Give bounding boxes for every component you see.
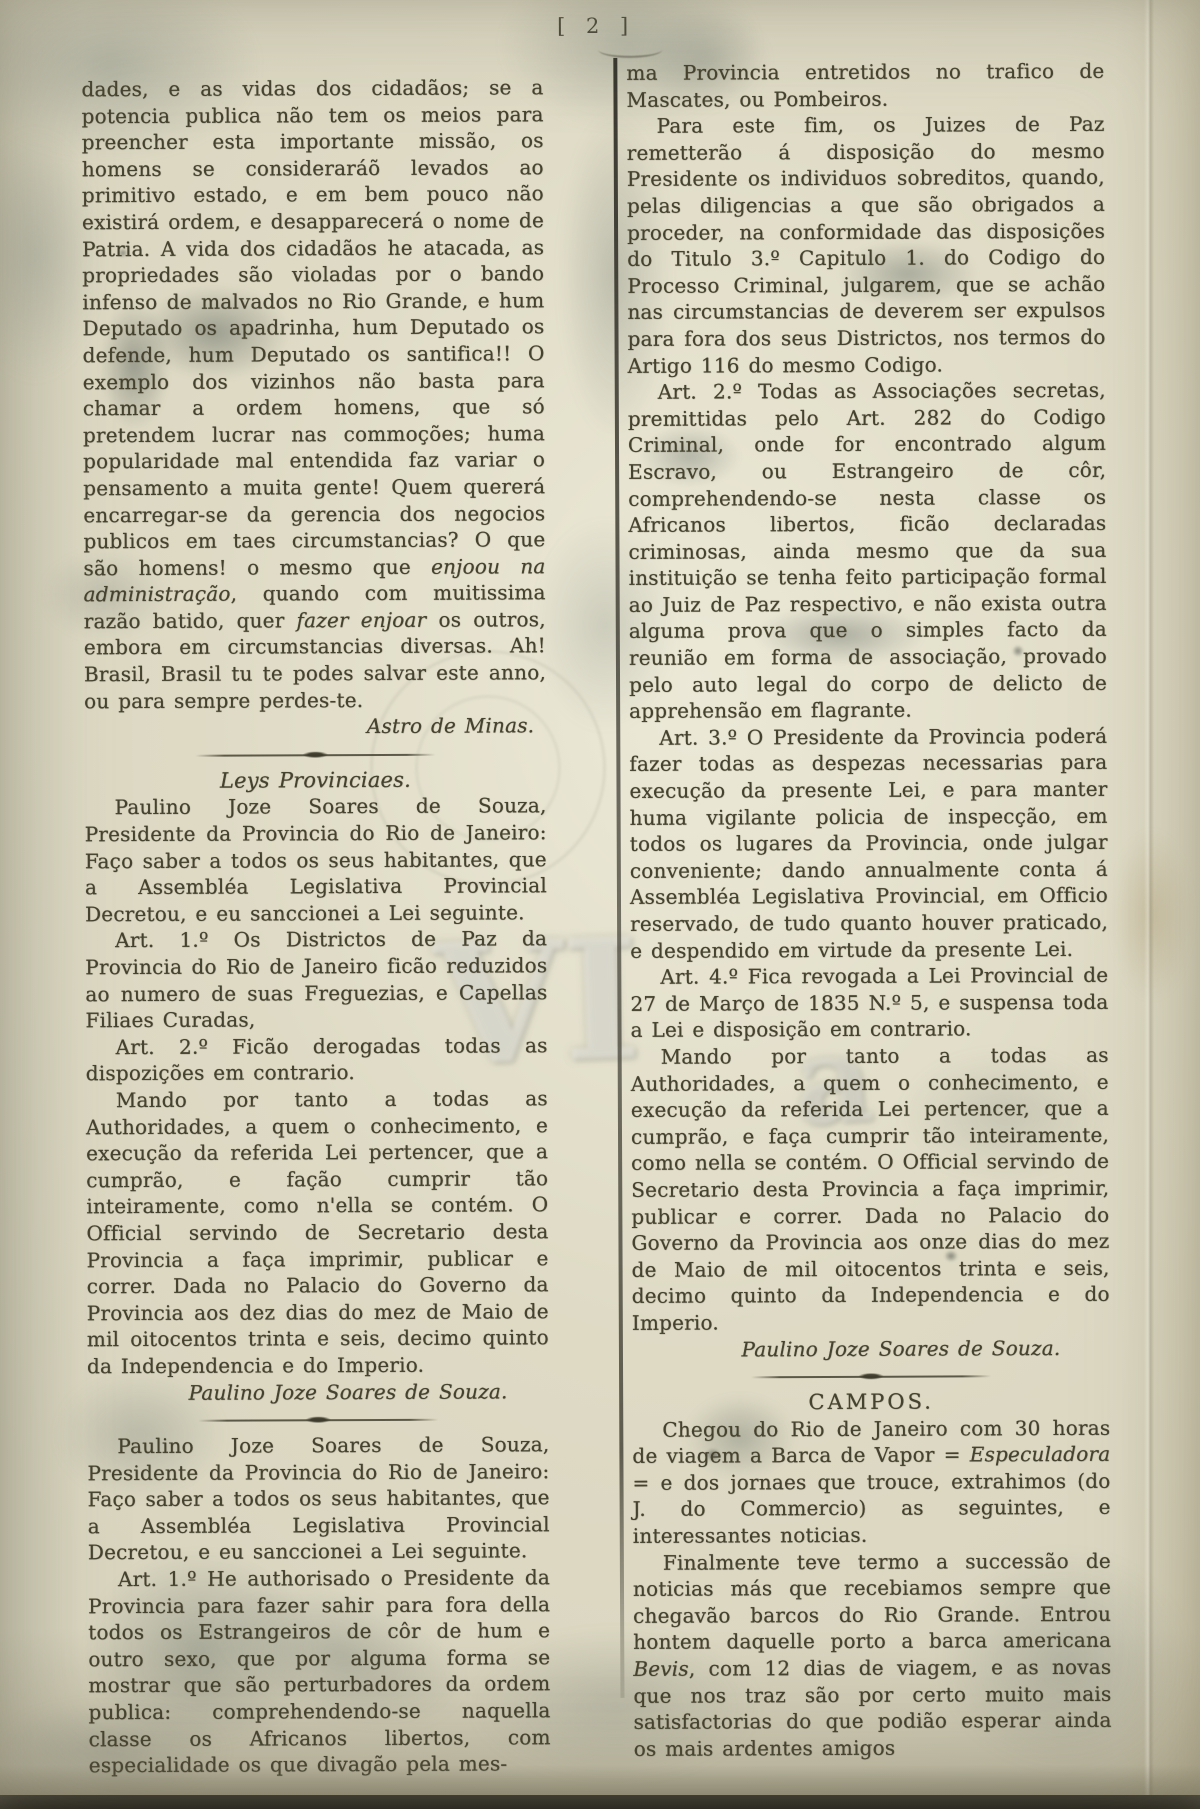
ship-name-italic: Bevis (633, 1657, 689, 1681)
law1-closing: Mando por tanto a todas as Authoridades,… (86, 1085, 549, 1380)
scanned-newspaper-page: VI a [ 2 ] dades, e as vidas dos cidadão… (0, 0, 1200, 1809)
law2-article-2: Art. 2.º Todas as Associações secretas, … (628, 377, 1108, 725)
column-divider-rule (613, 58, 624, 1698)
separator-ornament (195, 751, 435, 759)
page-content: [ 2 ] dades, e as vidas dos cidadãos; se… (0, 0, 1200, 1809)
separator-ornament (751, 1372, 991, 1380)
page-number-flourish (598, 42, 662, 58)
law1-preamble: Paulino Joze Soares de Souza, Presidente… (85, 793, 548, 928)
paper-crease (1144, 0, 1154, 1809)
paragraph-text: dades, e as vidas dos cidadãos; se a pot… (81, 75, 545, 580)
law1-article-1: Art. 1.º Os Districtos de Paz da Provinc… (85, 926, 547, 1034)
paragraph-text: Finalmente teve termo a successão de not… (633, 1548, 1111, 1654)
campos-paragraph-1: Chegou do Rio de Janeiro com 30 horas de… (632, 1414, 1111, 1549)
campos-heading: CAMPOS. (632, 1388, 1110, 1417)
italic-phrase: fazer enjoar (296, 608, 426, 633)
right-column: ma Provincia entretidos no trafico de Ma… (626, 58, 1111, 1762)
law2-closing: Mando por tanto a todas as Authoridades,… (631, 1042, 1110, 1337)
law2-signature: Paulino Joze Soares de Souza. (632, 1334, 1110, 1363)
scan-bottom-edge (0, 1795, 1200, 1809)
law2-preamble: Paulino Joze Soares de Souza, Presidente… (87, 1431, 550, 1566)
law2-article-4: Art. 4.º Fica revogada a Lei Provincial … (630, 962, 1108, 1044)
law1-article-2: Art. 2.º Ficão derogadas todas as dispoz… (86, 1032, 548, 1087)
left-column: dades, e as vidas dos cidadãos; se a pot… (81, 74, 550, 1779)
source-credit: Astro de Minas. (84, 712, 546, 741)
law2-para-fim: Para este fim, os Juizes de Paz remetter… (627, 111, 1106, 379)
campos-paragraph-2: Finalmente teve termo a successão de not… (633, 1547, 1112, 1762)
page-number: [ 2 ] (0, 11, 1196, 40)
law2-article-3: Art. 3.º O Presidente da Provincia poder… (629, 723, 1108, 964)
paragraph-text: , com 12 dias de viagem, e as novas que … (633, 1655, 1111, 1761)
ship-name-italic: Especuladora (970, 1442, 1111, 1467)
law1-signature: Paulino Joze Soares de Souza. (87, 1378, 549, 1407)
separator-ornament (198, 1416, 438, 1424)
paragraph-continuation: dades, e as vidas dos cidadãos; se a pot… (81, 74, 546, 714)
law2-article-1-continuation: ma Provincia entretidos no trafico de Ma… (626, 58, 1104, 113)
law2-article-1-start: Art. 1.º He authorisado o Presidente da … (88, 1564, 551, 1779)
section-heading: Leys Provinciaes. (84, 766, 546, 795)
paragraph-text: = e dos jornaes que trouce, extrahimos (… (632, 1469, 1110, 1548)
bottom-edge-shadow (0, 1765, 1200, 1795)
